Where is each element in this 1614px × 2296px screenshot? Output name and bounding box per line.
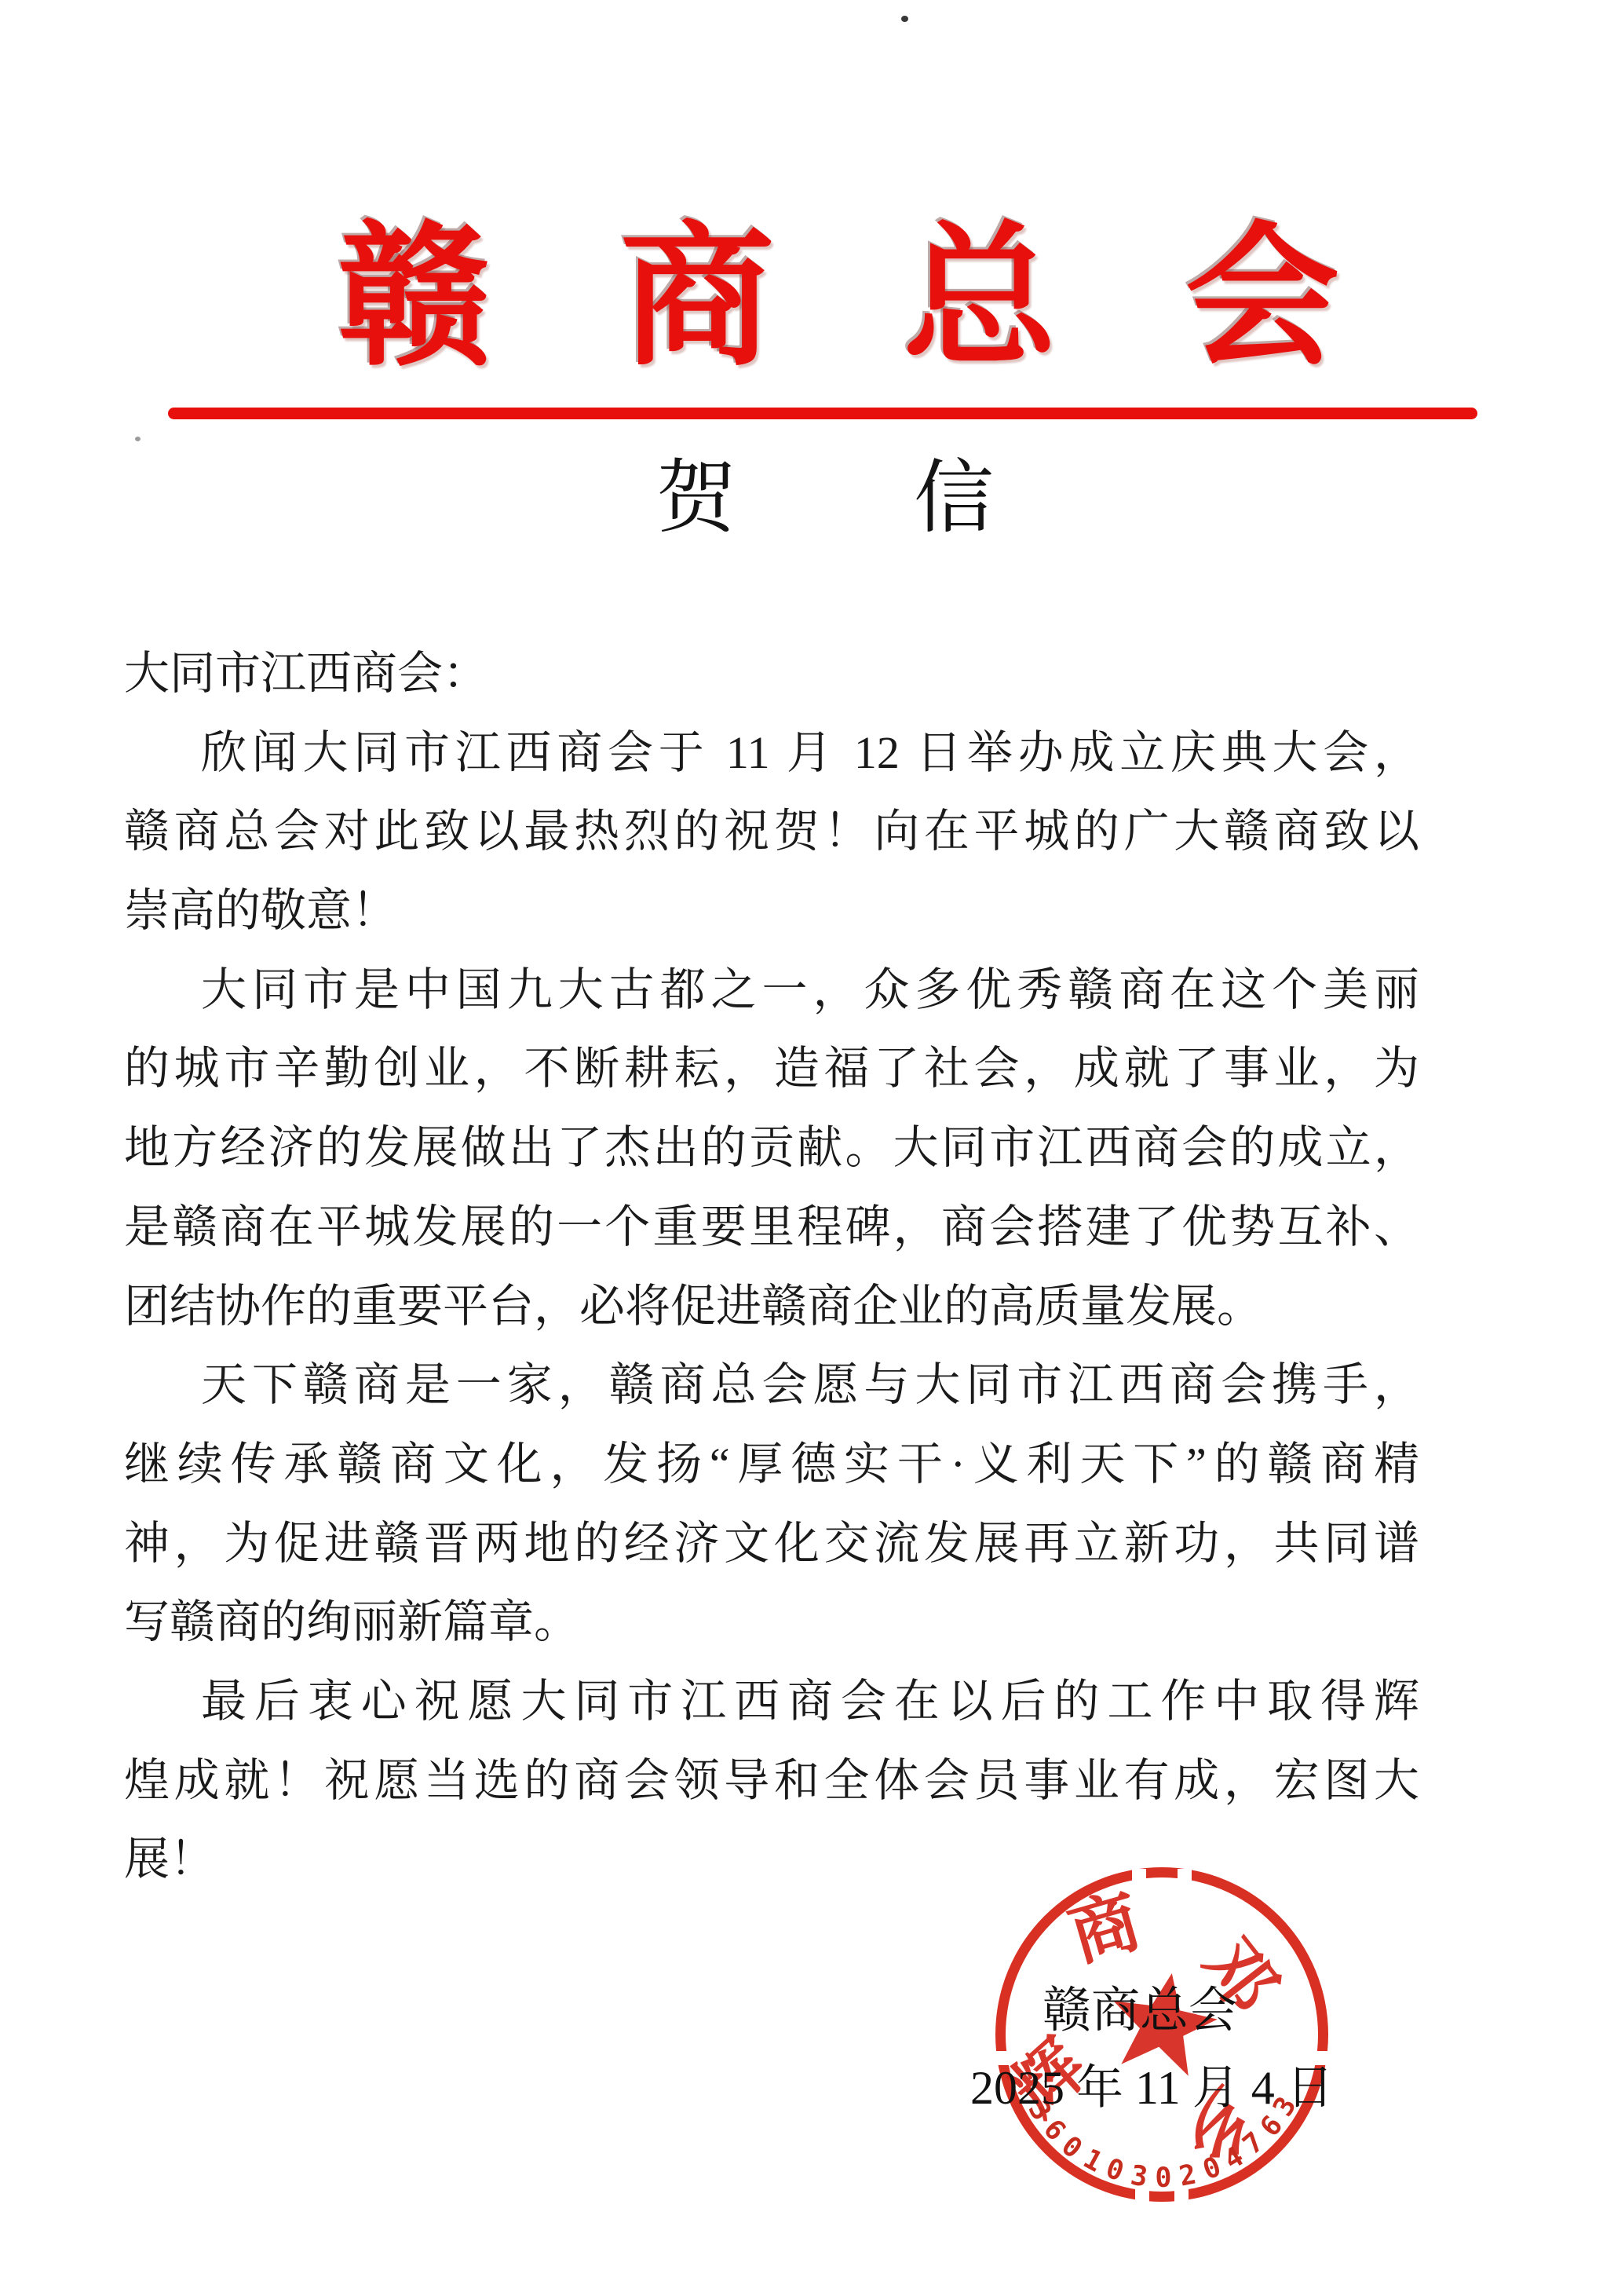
- seal-notch: [1135, 2188, 1149, 2203]
- body-line: 地方经济的发展做出了杰出的贡献。大同市江西商会的成立，: [124, 1109, 1419, 1188]
- body-line: 继续传承赣商文化，发扬“厚德实干·义利天下”的赣商精: [124, 1425, 1419, 1504]
- body-line: 团结协作的重要平台，必将促进赣商企业的高质量发展。: [124, 1267, 1419, 1347]
- masthead-rule: [168, 408, 1477, 419]
- body-line: 的城市辛勤创业，不断耕耘，造福了社会，成就了事业，为: [124, 1029, 1419, 1109]
- body-line: 大同市是中国九大古都之一，众多优秀赣商在这个美丽: [124, 951, 1419, 1030]
- body-line: 大同市江西商会：: [124, 634, 1419, 714]
- seal-serial-digit: 0: [1152, 2163, 1175, 2194]
- scanned-letter-page: { "masthead": { "title": "赣商总会", "color"…: [0, 0, 1614, 2296]
- masthead-title: 赣商总会: [338, 222, 1468, 376]
- letter-heading: 贺信: [656, 459, 1171, 539]
- body-line: 是赣商在平城发展的一个重要里程碑，商会搭建了优势互补、: [124, 1188, 1419, 1267]
- body-line: 欣闻大同市江西商会于 11 月 12 日举办成立庆典大会，: [124, 714, 1419, 793]
- body-line: 赣商总会对此致以最热烈的祝贺！向在平城的广大赣商致以: [124, 792, 1419, 872]
- body-line: 最后衷心祝愿大同市江西商会在以后的工作中取得辉: [124, 1662, 1419, 1742]
- body-line: 崇高的敬意！: [124, 872, 1419, 951]
- body-line: 煌成就！祝愿当选的商会领导和全体会员事业有成，宏图大: [124, 1742, 1419, 1821]
- seal-notch: [1174, 2188, 1189, 2203]
- body-line: 写赣商的绚丽新篇章。: [124, 1583, 1419, 1662]
- body-line: 天下赣商是一家，赣商总会愿与大同市江西商会携手，: [124, 1346, 1419, 1425]
- scan-speck: [901, 16, 908, 22]
- scan-speck: [135, 437, 141, 441]
- signature-org: 赣商总会: [1043, 1976, 1237, 2046]
- body-line: 神，为促进赣晋两地的经济文化交流发展再立新功，共同谱: [124, 1504, 1419, 1584]
- seal-notch: [1132, 1869, 1146, 1883]
- seal-notch: [1178, 1869, 1192, 1883]
- letter-body: 大同市江西商会：欣闻大同市江西商会于 11 月 12 日举办成立庆典大会，赣商总…: [124, 634, 1419, 1899]
- signature-date: 2025 年 11 月 4 日: [970, 2051, 1334, 2125]
